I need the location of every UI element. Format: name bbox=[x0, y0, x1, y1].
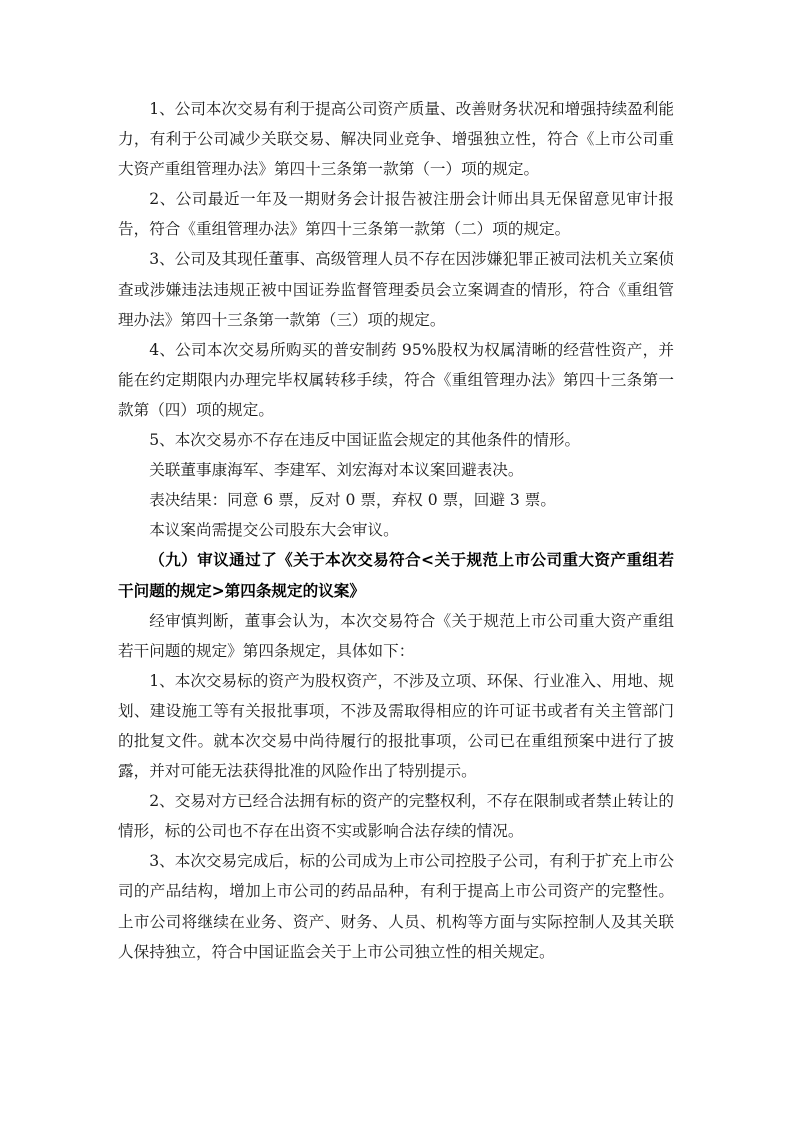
paragraph-vote-result: 表决结果：同意 6 票，反对 0 票，弃权 0 票，回避 3 票。 bbox=[118, 485, 674, 515]
section-heading-9: （九）审议通过了《关于本次交易符合<关于规范上市公司重大资产重组若干问题的规定>… bbox=[118, 545, 674, 605]
paragraph-condition-4: 4、公司本次交易所购买的普安制药 95%股权为权属清晰的经营性资产，并能在约定期… bbox=[118, 335, 674, 425]
paragraph-item-3: 3、本次交易完成后，标的公司成为上市公司控股子公司，有利于扩充上市公司的产品结构… bbox=[118, 846, 674, 966]
paragraph-condition-3: 3、公司及其现任董事、高级管理人员不存在因涉嫌犯罪正被司法机关立案侦查或涉嫌违法… bbox=[118, 244, 674, 334]
paragraph-item-2: 2、交易对方已经合法拥有标的资产的完整权利，不存在限制或者禁止转让的情形，标的公… bbox=[118, 786, 674, 846]
paragraph-board-judgment: 经审慎判断，董事会认为，本次交易符合《关于规范上市公司重大资产重组若干问题的规定… bbox=[118, 606, 674, 666]
paragraph-condition-5: 5、本次交易亦不存在违反中国证监会规定的其他条件的情形。 bbox=[118, 425, 674, 455]
paragraph-condition-2: 2、公司最近一年及一期财务会计报告被注册会计师出具无保留意见审计报告，符合《重组… bbox=[118, 184, 674, 244]
paragraph-recusal: 关联董事康海军、李建军、刘宏海对本议案回避表决。 bbox=[118, 455, 674, 485]
paragraph-shareholder-review: 本议案尚需提交公司股东大会审议。 bbox=[118, 515, 674, 545]
paragraph-condition-1: 1、公司本次交易有利于提高公司资产质量、改善财务状况和增强持续盈利能力，有利于公… bbox=[118, 94, 674, 184]
paragraph-item-1: 1、本次交易标的资产为股权资产，不涉及立项、环保、行业准入、用地、规划、建设施工… bbox=[118, 666, 674, 786]
document-page: 1、公司本次交易有利于提高公司资产质量、改善财务状况和增强持续盈利能力，有利于公… bbox=[118, 94, 674, 967]
